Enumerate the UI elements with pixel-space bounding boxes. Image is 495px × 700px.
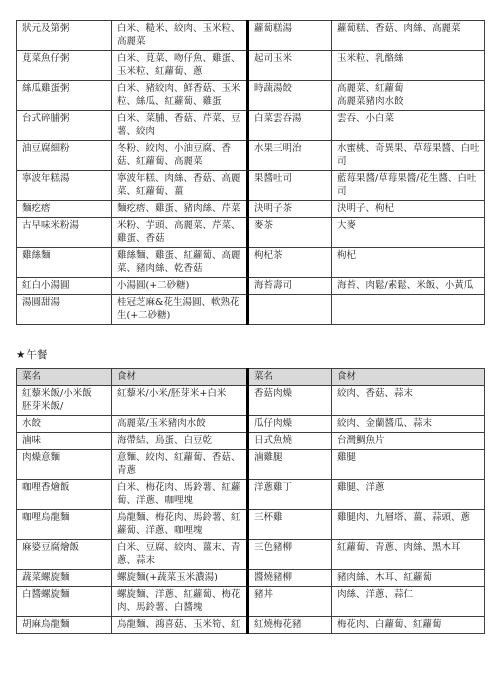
- lunch-table-body: 紅藜米飯/小米飯 胚芽米飯/紅藜米/小米/胚芽米+白米香菇肉燥絞肉、香菇、蒜末水…: [17, 386, 485, 634]
- dish-name-cell: 紅白小湯圓: [17, 278, 112, 295]
- dish-name-cell: 香菇肉燥: [248, 386, 332, 416]
- dish-name-cell: 狀元及第粥: [17, 21, 112, 51]
- ingredients-cell: 枸杞: [332, 248, 485, 278]
- table-row: 莧菜魚仔粥白米、莧菜、吻仔魚、雞蛋、玉米粒、紅蘿蔔、蔥起司玉米玉米粒、乳酪絲: [17, 51, 485, 81]
- dish-name-cell: 絲瓜雞蛋粥: [17, 81, 112, 111]
- column-header-ingredients: 食材: [332, 369, 485, 386]
- lunch-section-title: ★午餐: [16, 348, 495, 362]
- dish-name-cell: 紅藜米飯/小米飯 胚芽米飯/: [17, 386, 112, 416]
- dish-name-cell: 海苔壽司: [248, 278, 332, 295]
- dish-name-cell: [248, 295, 332, 325]
- dish-name-cell: 滷味: [17, 433, 112, 450]
- lunch-table: 菜名 食材 菜名 食材 紅藜米飯/小米飯 胚芽米飯/紅藜米/小米/胚芽米+白米香…: [16, 368, 485, 634]
- ingredients-cell: 豬肉絲、木耳、紅蘿蔔: [332, 570, 485, 587]
- dish-name-cell: 豬丼: [248, 587, 332, 617]
- ingredients-cell: [332, 295, 485, 325]
- dish-name-cell: 果醬吐司: [248, 171, 332, 201]
- ingredients-cell: 大麥: [332, 218, 485, 248]
- table-row: 台式碎脯粥白米、菜脯、香菇、芹菜、豆薯、絞肉白菜雲吞湯雲吞、小白菜: [17, 111, 485, 141]
- dish-name-cell: 麻婆豆腐燴飯: [17, 540, 112, 570]
- ingredients-cell: 台灣鯛魚片: [332, 433, 485, 450]
- table-row: 水餃高麗菜/玉米豬肉水餃瓜仔肉燥絞肉、金蘭醬瓜、蒜末: [17, 416, 485, 433]
- dish-name-cell: 莧菜魚仔粥: [17, 51, 112, 81]
- ingredients-cell: 寧波年糕、肉絲、香菇、高麗菜、紅蘿蔔、薑: [112, 171, 248, 201]
- table-row: 絲瓜雞蛋粥白米、豬絞肉、鮮香菇、玉米粒、絲瓜、紅蘿蔔、雞蛋時蔬湯餃高麗菜、紅蘿蔔…: [17, 81, 485, 111]
- document-page: 狀元及第粥白米、糙米、絞肉、玉米粒、高麗菜蘿蔔糕湯蘿蔔糕、香菇、肉絲、高麗菜莧菜…: [0, 0, 495, 634]
- ingredients-cell: 絞肉、金蘭醬瓜、蒜末: [332, 416, 485, 433]
- dish-name-cell: 洋蔥雞丁: [248, 480, 332, 510]
- table-row: 肉燥意麵意麵、絞肉、紅蘿蔔、香菇、青蔥滷雞腿雞腿: [17, 450, 485, 480]
- dish-name-cell: 蘿蔔糕湯: [248, 21, 332, 51]
- dish-name-cell: 決明子茶: [248, 201, 332, 218]
- ingredients-cell: 小湯圓(+二砂糖): [112, 278, 248, 295]
- ingredients-cell: 烏龍麵、梅花肉、馬鈴薯、紅蘿蔔、洋蔥、咖哩塊: [112, 510, 248, 540]
- dish-name-cell: 醬燒豬柳: [248, 570, 332, 587]
- dish-name-cell: 水餃: [17, 416, 112, 433]
- ingredients-cell: 白米、菜脯、香菇、芹菜、豆薯、絞肉: [112, 111, 248, 141]
- ingredients-cell: 雞絲麵、雞蛋、紅蘿蔔、高麗菜、豬肉絲、乾香菇: [112, 248, 248, 278]
- dish-name-cell: 雞絲麵: [17, 248, 112, 278]
- dish-name-cell: 台式碎脯粥: [17, 111, 112, 141]
- lunch-table-header-row: 菜名 食材 菜名 食材: [17, 369, 485, 386]
- dish-name-cell: 蔬菜螺旋麵: [17, 570, 112, 587]
- dish-name-cell: 三杯雞: [248, 510, 332, 540]
- ingredients-cell: 絞肉、香菇、蒜末: [332, 386, 485, 416]
- ingredients-cell: 海苔、肉鬆/素鬆、米飯、小黃瓜: [332, 278, 485, 295]
- ingredients-cell: 白米、糙米、絞肉、玉米粒、高麗菜: [112, 21, 248, 51]
- dish-name-cell: 麵疙瘩: [17, 201, 112, 218]
- breakfast-table-body: 狀元及第粥白米、糙米、絞肉、玉米粒、高麗菜蘿蔔糕湯蘿蔔糕、香菇、肉絲、高麗菜莧菜…: [17, 21, 485, 325]
- ingredients-cell: 玉米粒、乳酪絲: [332, 51, 485, 81]
- column-header-dish-name: 菜名: [17, 369, 112, 386]
- table-row: 寧波年糕湯寧波年糕、肉絲、香菇、高麗菜、紅蘿蔔、薑果醬吐司藍莓果醬/草莓果醬/花…: [17, 171, 485, 201]
- ingredients-cell: 白米、莧菜、吻仔魚、雞蛋、玉米粒、紅蘿蔔、蔥: [112, 51, 248, 81]
- ingredients-cell: 螺旋麵、洋蔥、紅蘿蔔、梅花肉、馬鈴薯、白醬塊: [112, 587, 248, 617]
- dish-name-cell: 肉燥意麵: [17, 450, 112, 480]
- table-row: 狀元及第粥白米、糙米、絞肉、玉米粒、高麗菜蘿蔔糕湯蘿蔔糕、香菇、肉絲、高麗菜: [17, 21, 485, 51]
- ingredients-cell: 紅蘿蔔、青蔥、肉絲、黑木耳: [332, 540, 485, 570]
- ingredients-cell: 雲吞、小白菜: [332, 111, 485, 141]
- table-row: 油豆腐細粉冬粉、絞肉、小油豆腐、香菇、紅蘿蔔、高麗菜水果三明治水蜜桃、奇異果、草…: [17, 141, 485, 171]
- column-header-dish-name: 菜名: [248, 369, 332, 386]
- dish-name-cell: 胡麻烏龍麵: [17, 617, 112, 634]
- table-row: 雞絲麵雞絲麵、雞蛋、紅蘿蔔、高麗菜、豬肉絲、乾香菇枸杞茶枸杞: [17, 248, 485, 278]
- ingredients-cell: 麵疙瘩、雞蛋、豬肉絲、芹菜: [112, 201, 248, 218]
- dish-name-cell: 水果三明治: [248, 141, 332, 171]
- table-row: 蔬菜螺旋麵螺旋麵(+蔬菜玉米濃湯)醬燒豬柳豬肉絲、木耳、紅蘿蔔: [17, 570, 485, 587]
- ingredients-cell: 冬粉、絞肉、小油豆腐、香菇、紅蘿蔔、高麗菜: [112, 141, 248, 171]
- ingredients-cell: 白米、梅花肉、馬鈴薯、紅蘿蔔、洋蔥、咖哩塊: [112, 480, 248, 510]
- ingredients-cell: 雞腿肉、九層塔、薑、蒜頭、蔥: [332, 510, 485, 540]
- ingredients-cell: 水蜜桃、奇異果、草莓果醬、白吐司: [332, 141, 485, 171]
- ingredients-cell: 桂冠芝麻&花生湯圓、軟熟花生(+二砂糖): [112, 295, 248, 325]
- dish-name-cell: 咖哩烏龍麵: [17, 510, 112, 540]
- table-row: 湯圓甜湯桂冠芝麻&花生湯圓、軟熟花生(+二砂糖): [17, 295, 485, 325]
- ingredients-cell: 海帶結、鳥蛋、白豆乾: [112, 433, 248, 450]
- dish-name-cell: 湯圓甜湯: [17, 295, 112, 325]
- ingredients-cell: 白米、豆腐、絞肉、薑末、青蔥、蒜末: [112, 540, 248, 570]
- dish-name-cell: 咖哩香燴飯: [17, 480, 112, 510]
- dish-name-cell: 紅燒梅花豬: [248, 617, 332, 634]
- table-row: 胡麻烏龍麵烏龍麵、鴻喜菇、玉米筍、紅紅燒梅花豬梅花肉、白蘿蔔、紅蘿蔔: [17, 617, 485, 634]
- dish-name-cell: 古早味米粉湯: [17, 218, 112, 248]
- column-header-ingredients: 食材: [112, 369, 248, 386]
- table-row: 紅白小湯圓小湯圓(+二砂糖)海苔壽司海苔、肉鬆/素鬆、米飯、小黃瓜: [17, 278, 485, 295]
- dish-name-cell: 寧波年糕湯: [17, 171, 112, 201]
- dish-name-cell: 枸杞茶: [248, 248, 332, 278]
- ingredients-cell: 螺旋麵(+蔬菜玉米濃湯): [112, 570, 248, 587]
- ingredients-cell: 梅花肉、白蘿蔔、紅蘿蔔: [332, 617, 485, 634]
- ingredients-cell: 紅藜米/小米/胚芽米+白米: [112, 386, 248, 416]
- dish-name-cell: 白菜雲吞湯: [248, 111, 332, 141]
- ingredients-cell: 蘿蔔糕、香菇、肉絲、高麗菜: [332, 21, 485, 51]
- ingredients-cell: 肉絲、洋蔥、蒜仁: [332, 587, 485, 617]
- table-row: 紅藜米飯/小米飯 胚芽米飯/紅藜米/小米/胚芽米+白米香菇肉燥絞肉、香菇、蒜末: [17, 386, 485, 416]
- ingredients-cell: 雞腿、洋蔥: [332, 480, 485, 510]
- dish-name-cell: 日式魚燒: [248, 433, 332, 450]
- ingredients-cell: 高麗菜/玉米豬肉水餃: [112, 416, 248, 433]
- ingredients-cell: 意麵、絞肉、紅蘿蔔、香菇、青蔥: [112, 450, 248, 480]
- ingredients-cell: 雞腿: [332, 450, 485, 480]
- table-row: 滷味海帶結、鳥蛋、白豆乾日式魚燒台灣鯛魚片: [17, 433, 485, 450]
- ingredients-cell: 白米、豬絞肉、鮮香菇、玉米粒、絲瓜、紅蘿蔔、雞蛋: [112, 81, 248, 111]
- dish-name-cell: 起司玉米: [248, 51, 332, 81]
- dish-name-cell: 時蔬湯餃: [248, 81, 332, 111]
- table-row: 咖哩香燴飯白米、梅花肉、馬鈴薯、紅蘿蔔、洋蔥、咖哩塊洋蔥雞丁雞腿、洋蔥: [17, 480, 485, 510]
- table-row: 古早味米粉湯米粉、芋頭、高麗菜、芹菜、雞蛋、香菇麥茶大麥: [17, 218, 485, 248]
- ingredients-cell: 決明子、枸杞: [332, 201, 485, 218]
- dish-name-cell: 滷雞腿: [248, 450, 332, 480]
- table-row: 白醬螺旋麵螺旋麵、洋蔥、紅蘿蔔、梅花肉、馬鈴薯、白醬塊豬丼肉絲、洋蔥、蒜仁: [17, 587, 485, 617]
- ingredients-cell: 藍莓果醬/草莓果醬/花生醬、白吐司: [332, 171, 485, 201]
- dish-name-cell: 白醬螺旋麵: [17, 587, 112, 617]
- dish-name-cell: 三色豬柳: [248, 540, 332, 570]
- table-row: 麵疙瘩麵疙瘩、雞蛋、豬肉絲、芹菜決明子茶決明子、枸杞: [17, 201, 485, 218]
- lunch-section-label: 午餐: [26, 349, 47, 361]
- ingredients-cell: 烏龍麵、鴻喜菇、玉米筍、紅: [112, 617, 248, 634]
- dish-name-cell: 油豆腐細粉: [17, 141, 112, 171]
- table-row: 咖哩烏龍麵烏龍麵、梅花肉、馬鈴薯、紅蘿蔔、洋蔥、咖哩塊三杯雞雞腿肉、九層塔、薑、…: [17, 510, 485, 540]
- table-row: 麻婆豆腐燴飯白米、豆腐、絞肉、薑末、青蔥、蒜末三色豬柳紅蘿蔔、青蔥、肉絲、黑木耳: [17, 540, 485, 570]
- dish-name-cell: 瓜仔肉燥: [248, 416, 332, 433]
- star-icon: ★: [16, 349, 25, 361]
- dish-name-cell: 麥茶: [248, 218, 332, 248]
- ingredients-cell: 高麗菜、紅蘿蔔 高麗菜豬肉水餃: [332, 81, 485, 111]
- ingredients-cell: 米粉、芋頭、高麗菜、芹菜、雞蛋、香菇: [112, 218, 248, 248]
- breakfast-table: 狀元及第粥白米、糙米、絞肉、玉米粒、高麗菜蘿蔔糕湯蘿蔔糕、香菇、肉絲、高麗菜莧菜…: [16, 20, 485, 325]
